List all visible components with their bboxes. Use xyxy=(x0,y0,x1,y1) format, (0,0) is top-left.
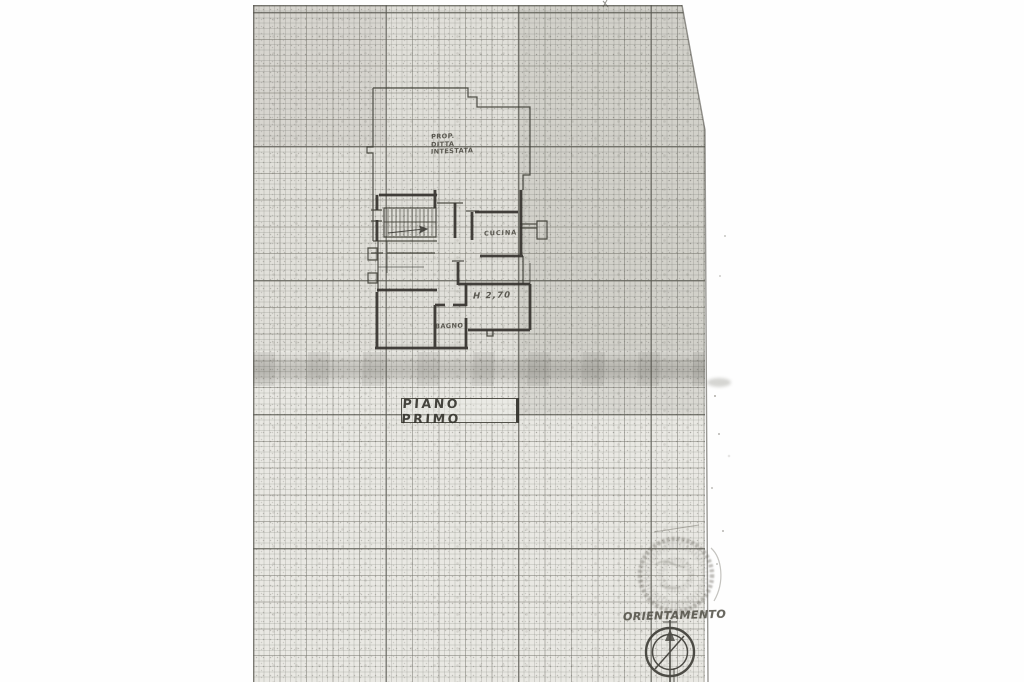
paper-edge-and-marks xyxy=(603,0,721,682)
bathroom-label: BAGNO xyxy=(435,323,463,331)
scanner-smudge xyxy=(707,378,731,387)
owner-line3: INTESTATA xyxy=(431,146,474,155)
owner-annotation: PROP.DITTAINTESTATA xyxy=(431,132,474,156)
floor-plan-drawing xyxy=(0,0,1024,682)
floor-title: PIANO PRIMO xyxy=(401,396,517,426)
north-compass-icon xyxy=(646,620,694,682)
kitchen-label: CUCINA xyxy=(484,229,517,238)
floor-title-box: PIANO PRIMO xyxy=(401,398,519,423)
ceiling-height-label: H 2,70 xyxy=(473,292,511,301)
scanner-dust xyxy=(714,395,716,397)
round-stamp xyxy=(640,539,712,611)
orientation-label: ORIENTAMENTO xyxy=(623,608,726,624)
stair-arrow-icon xyxy=(388,227,427,234)
scanned-floorplan-page: PROP.DITTAINTESTATA CUCINA H 2,70 BAGNO … xyxy=(0,0,1024,682)
